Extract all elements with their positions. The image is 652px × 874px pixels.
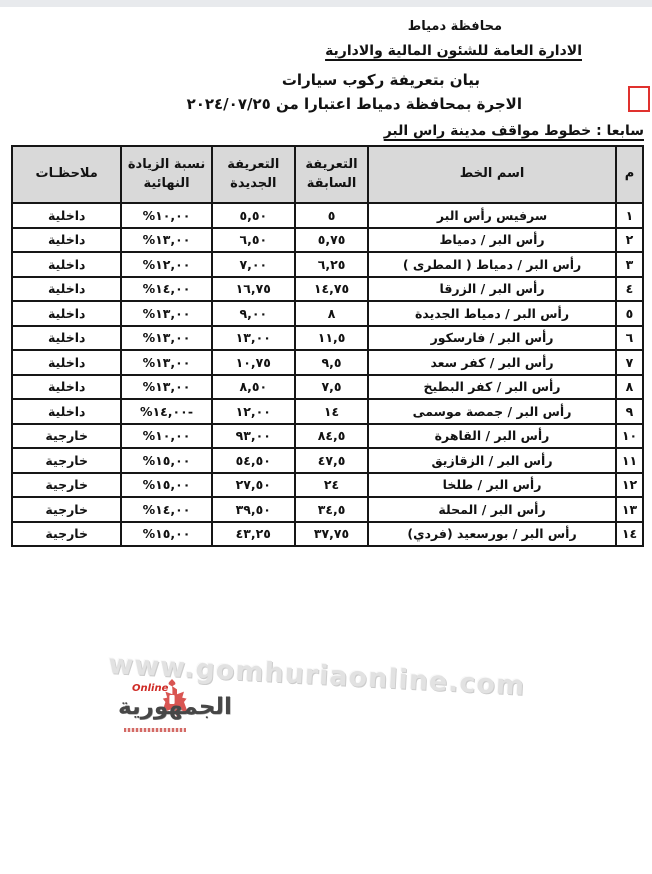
cell-num: ١٣ [616,497,643,522]
cell-prev: ٣٤,٥ [295,497,368,522]
cell-notes: داخلية [12,375,121,400]
cell-notes: داخلية [12,277,121,302]
table-row: ٦رأس البر / فارسكور١١,٥١٣,٠٠%١٣,٠٠داخلية [12,326,643,351]
effective-date-line: الاجرة بمحافظة دمياط اعتبارا من ٢٠٢٤/٠٧/… [187,95,522,113]
tariff-table-head: ماسم الخطالتعريفة السابقةالتعريفة الجديد… [12,146,643,203]
cell-prev: ٨٤,٥ [295,424,368,449]
cell-line: رأس البر / كفر البطيخ [368,375,616,400]
cell-line: سرفيس رأس البر [368,203,616,228]
cell-prev: ٥,٧٥ [295,228,368,253]
cell-new: ٥,٥٠ [212,203,295,228]
cell-prev: ١١,٥ [295,326,368,351]
column-header-line: اسم الخط [368,146,616,203]
table-row: ٨رأس البر / كفر البطيخ٧,٥٨,٥٠%١٣,٠٠داخلي… [12,375,643,400]
cell-line: رأس البر / طلخا [368,473,616,498]
cell-line: رأس البر / جمصة موسمى [368,399,616,424]
cell-num: ٦ [616,326,643,351]
table-row: ٩رأس البر / جمصة موسمى١٤١٢,٠٠%١٤,٠٠-داخل… [12,399,643,424]
cell-notes: داخلية [12,326,121,351]
cell-pct: %١٠,٠٠ [121,424,211,449]
cell-pct: %١٤,٠٠ [121,497,211,522]
table-row: ٧رأس البر / كفر سعد٩,٥١٠,٧٥%١٣,٠٠داخلية [12,350,643,375]
cell-new: ١٢,٠٠ [212,399,295,424]
cell-pct: %١٣,٠٠ [121,350,211,375]
cell-num: ٢ [616,228,643,253]
cell-notes: خارجية [12,424,121,449]
statement-title: بيان بتعريفة ركوب سيارات [282,71,480,89]
cell-line: رأس البر / بورسعيد (فردي) [368,522,616,547]
cell-num: ٤ [616,277,643,302]
cell-pct: %١٠,٠٠ [121,203,211,228]
cell-num: ١٢ [616,473,643,498]
department-title: الادارة العامة للشئون المالية والادارية [325,43,582,59]
table-row: ٥رأس البر / دمياط الجديدة٨٩,٠٠%١٣,٠٠داخل… [12,301,643,326]
logo-arabic-name: الجمهورية [118,694,232,720]
cell-prev: ٢٤ [295,473,368,498]
cell-prev: ٤٧,٥ [295,448,368,473]
cell-notes: خارجية [12,497,121,522]
cell-notes: داخلية [12,399,121,424]
cell-new: ٣٩,٥٠ [212,497,295,522]
document-page: محافظة دمياط الادارة العامة للشئون المال… [0,0,652,874]
column-header-num: م [616,146,643,203]
column-header-new: التعريفة الجديدة [212,146,295,203]
table-row: ٤رأس البر / الزرقا١٤,٧٥١٦,٧٥%١٤,٠٠داخلية [12,277,643,302]
cell-line: رأس البر / الزرقا [368,277,616,302]
cell-pct: %١٥,٠٠ [121,473,211,498]
tariff-table: ماسم الخطالتعريفة السابقةالتعريفة الجديد… [11,145,644,547]
cell-notes: داخلية [12,252,121,277]
table-row: ١١رأس البر / الزقازيق٤٧,٥٥٤,٥٠%١٥,٠٠خارج… [12,448,643,473]
column-header-prev: التعريفة السابقة [295,146,368,203]
cell-line: رأس البر / دمياط ( المطرى ) [368,252,616,277]
table-row: ١٤رأس البر / بورسعيد (فردي)٣٧,٧٥٤٣,٢٥%١٥… [12,522,643,547]
cell-line: رأس البر / المحلة [368,497,616,522]
cell-num: ٨ [616,375,643,400]
cell-prev: ١٤ [295,399,368,424]
cell-notes: داخلية [12,301,121,326]
top-strip [0,0,652,7]
cell-notes: خارجية [12,522,121,547]
table-row: ٣رأس البر / دمياط ( المطرى )٦,٢٥٧,٠٠%١٢,… [12,252,643,277]
cell-num: ١ [616,203,643,228]
cell-new: ٥٤,٥٠ [212,448,295,473]
table-row: ٢رأس البر / دمياط٥,٧٥٦,٥٠%١٣,٠٠داخلية [12,228,643,253]
cell-prev: ١٤,٧٥ [295,277,368,302]
cell-pct: %١٣,٠٠ [121,326,211,351]
cell-num: ١١ [616,448,643,473]
cell-prev: ٨ [295,301,368,326]
logo-online-label: Online [132,683,168,694]
cell-new: ١٣,٠٠ [212,326,295,351]
logo-tagline-strip [124,728,186,732]
table-row: ١٣رأس البر / المحلة٣٤,٥٣٩,٥٠%١٤,٠٠خارجية [12,497,643,522]
cell-new: ١٦,٧٥ [212,277,295,302]
cell-line: رأس البر / القاهرة [368,424,616,449]
cell-prev: ٧,٥ [295,375,368,400]
cell-new: ٤٣,٢٥ [212,522,295,547]
cell-line: رأس البر / فارسكور [368,326,616,351]
cell-pct: %١٥,٠٠ [121,448,211,473]
cell-pct: %١٢,٠٠ [121,252,211,277]
cell-new: ٦,٥٠ [212,228,295,253]
cell-num: ٣ [616,252,643,277]
cell-num: ١٠ [616,424,643,449]
cell-new: ١٠,٧٥ [212,350,295,375]
cell-prev: ٥ [295,203,368,228]
cell-notes: داخلية [12,203,121,228]
tariff-table-body: ١سرفيس رأس البر٥٥,٥٠%١٠,٠٠داخلية٢رأس الب… [12,203,643,546]
header-row: ماسم الخطالتعريفة السابقةالتعريفة الجديد… [12,146,643,203]
cell-line: رأس البر / كفر سعد [368,350,616,375]
cell-notes: خارجية [12,473,121,498]
cell-num: ٧ [616,350,643,375]
table-row: ١٢رأس البر / طلخا٢٤٢٧,٥٠%١٥,٠٠خارجية [12,473,643,498]
cell-new: ٢٧,٥٠ [212,473,295,498]
table-row: ١٠رأس البر / القاهرة٨٤,٥٩٣,٠٠%١٠,٠٠خارجي… [12,424,643,449]
cell-prev: ٣٧,٧٥ [295,522,368,547]
cell-line: رأس البر / الزقازيق [368,448,616,473]
cell-new: ٧,٠٠ [212,252,295,277]
cell-pct: %١٤,٠٠ [121,277,211,302]
cell-num: ١٤ [616,522,643,547]
cell-line: رأس البر / دمياط [368,228,616,253]
cell-pct: %١٥,٠٠ [121,522,211,547]
section-title: سابعا : خطوط مواقف مدينة راس البر [384,123,644,139]
column-header-pct: نسبة الزيادة النهائية [121,146,211,203]
cell-pct: %١٣,٠٠ [121,301,211,326]
cell-pct: %١٤,٠٠- [121,399,211,424]
cell-pct: %١٣,٠٠ [121,375,211,400]
governorate-title: محافظة دمياط [408,19,502,34]
cell-new: ٩,٠٠ [212,301,295,326]
cell-prev: ٩,٥ [295,350,368,375]
cell-new: ٩٣,٠٠ [212,424,295,449]
cell-notes: داخلية [12,350,121,375]
cell-prev: ٦,٢٥ [295,252,368,277]
cell-num: ٥ [616,301,643,326]
cell-num: ٩ [616,399,643,424]
cell-notes: داخلية [12,228,121,253]
cell-line: رأس البر / دمياط الجديدة [368,301,616,326]
table-row: ١سرفيس رأس البر٥٥,٥٠%١٠,٠٠داخلية [12,203,643,228]
red-stamp-box [628,86,650,112]
cell-new: ٨,٥٠ [212,375,295,400]
cell-notes: خارجية [12,448,121,473]
column-header-notes: ملاحظـات [12,146,121,203]
gomhuria-logo: Online الجمهورية [118,682,222,736]
cell-pct: %١٣,٠٠ [121,228,211,253]
